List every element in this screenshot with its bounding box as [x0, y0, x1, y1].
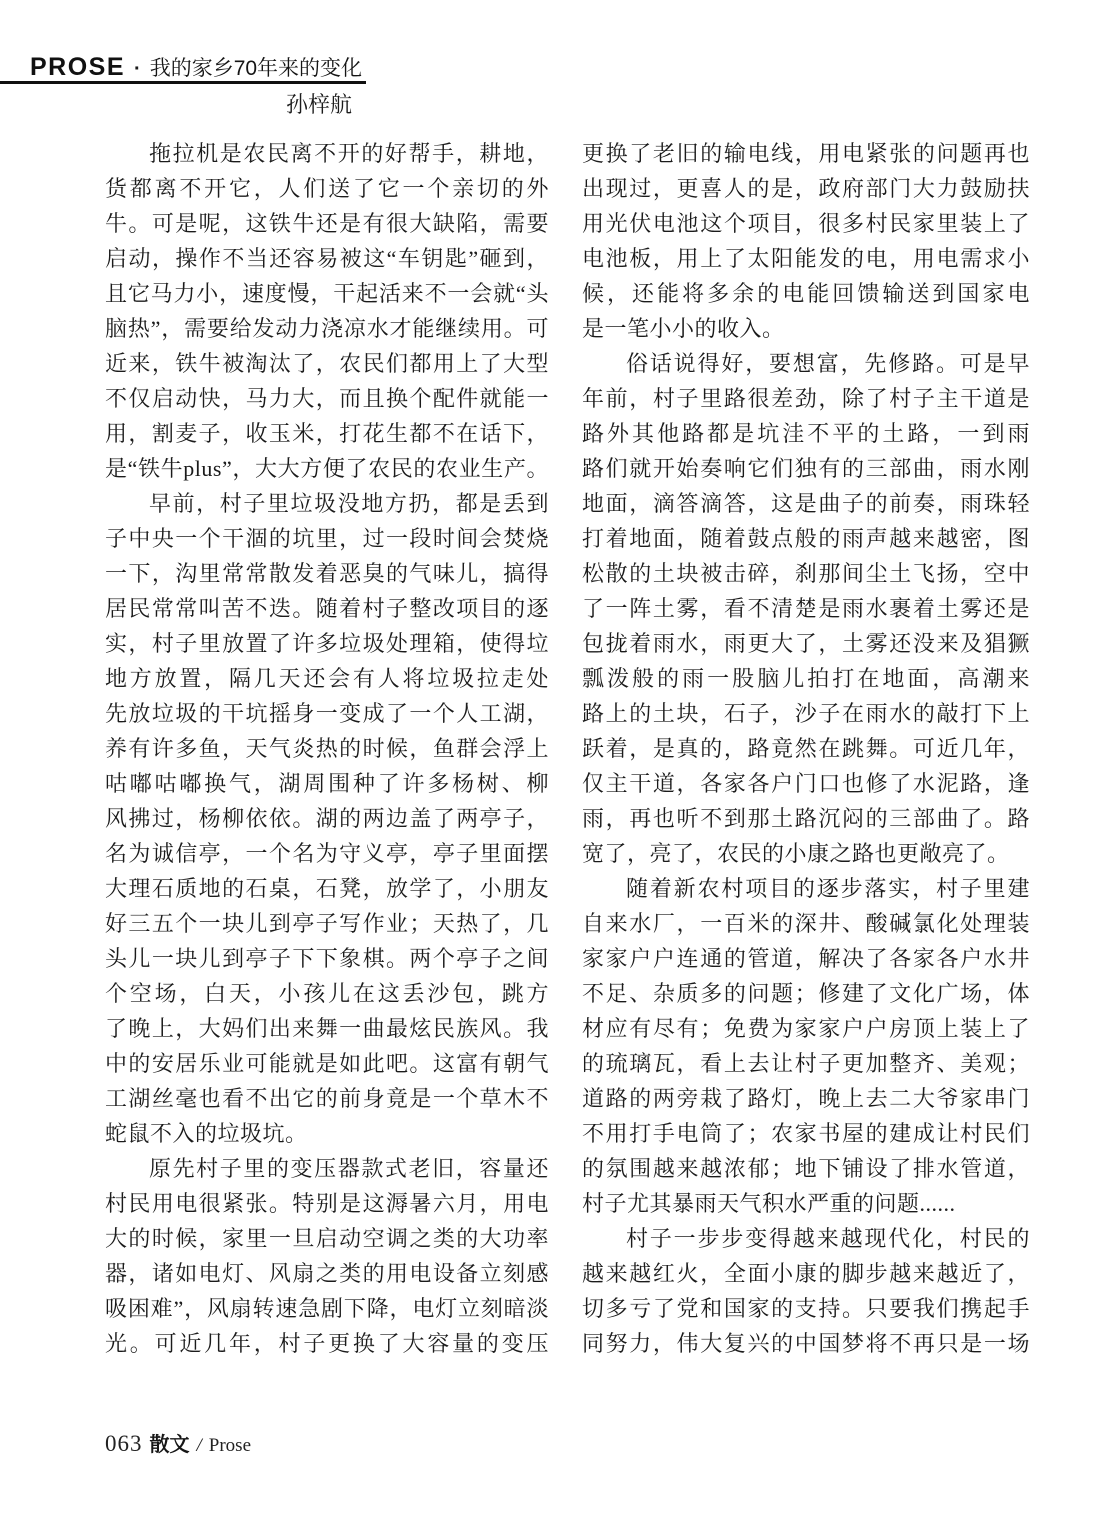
- text-line: 光。可近几年，村子更换了大容量的变压器，还: [105, 1326, 549, 1361]
- text-line: 实，村子里放置了许多垃圾处理箱，使得垃圾有: [105, 626, 549, 661]
- text-line: 启动，操作不当还容易被这“车钥匙”砸到，而: [105, 241, 549, 276]
- journal-name: PROSE: [30, 53, 125, 82]
- text-line: 头儿一块儿到亭子下下象棋。两个亭子之间还有: [105, 941, 549, 976]
- text-line: 子中央一个干涸的坑里，过一段时间会焚烧处理: [105, 521, 549, 556]
- column-left: 拖拉机是农民离不开的好帮手，耕地，拉货都离不开它，人们送了它一个亲切的外号：铁牛…: [105, 136, 549, 1361]
- text-line: 村子尤其暴雨天气积水严重的问题......: [582, 1186, 1030, 1221]
- text-line: 不足、杂质多的问题；修建了文化广场，体育器: [582, 976, 1030, 1011]
- header-rule: [0, 81, 366, 84]
- text-line: 用光伏电池这个项目，很多村民家里装上了光伏: [582, 206, 1030, 241]
- header-title-row: PROSE · 我的家乡70年来的变化: [30, 52, 362, 82]
- text-line: 的氛围越来越浓郁；地下铺设了排水管道，解决: [582, 1151, 1030, 1186]
- text-line: 货都离不开它，人们送了它一个亲切的外号：铁: [105, 171, 549, 206]
- text-line: 的琉璃瓦，看上去让村子更加整齐、美观；主干: [582, 1046, 1030, 1081]
- text-line: 早前，村子里垃圾没地方扔，都是丢到村: [105, 486, 549, 521]
- footer-separator: /: [197, 1435, 202, 1457]
- text-line: 不仅启动快，马力大，而且换个配件就能一机多: [105, 381, 549, 416]
- magazine-page: PROSE · 我的家乡70年来的变化 孙梓航 拖拉机是农民离不开的好帮手，耕地…: [0, 0, 1116, 1515]
- text-line: 咕嘟咕嘟换气，湖周围种了许多杨树、柳树，轻: [105, 766, 549, 801]
- text-line: 是“铁牛plus”，大大方便了农民的农业生产。: [105, 451, 549, 486]
- text-line: 路们就开始奏响它们独有的三部曲，雨水刚落到: [582, 451, 1030, 486]
- text-line: 了晚上，大妈们出来舞一曲最炫民族风。我们眼: [105, 1011, 549, 1046]
- text-line: 村民用电很紧张。特别是这溽暑六月，用电需求: [105, 1186, 549, 1221]
- text-line: 地面，滴答滴答，这是曲子的前奏，雨珠轻柔敲: [582, 486, 1030, 521]
- text-line: 道路的两旁栽了路灯，晚上去二大爷家串门再也: [582, 1081, 1030, 1116]
- text-line: 了一阵土雾，看不清楚是雨水裹着土雾还是土雾: [582, 591, 1030, 626]
- text-line: 电池板，用上了太阳能发的电，用电需求小的时: [582, 241, 1030, 276]
- text-line: 牛。可是呢，这铁牛还是有很大缺陷，需要手摇: [105, 206, 549, 241]
- text-line: 随着新农村项目的逐步落实，村子里建了: [582, 871, 1030, 906]
- text-line: 大的时候，家里一旦启动空调之类的大功率电: [105, 1221, 549, 1256]
- text-line: 近来，铁牛被淘汰了，农民们都用上了大型农机，: [105, 346, 549, 381]
- page-number: 063: [105, 1431, 143, 1457]
- text-line: 养有许多鱼，天气炎热的时候，鱼群会浮上水面: [105, 731, 549, 766]
- text-line: 蛇鼠不入的垃圾坑。: [105, 1116, 549, 1151]
- text-line: 松散的土块被击碎，刹那间尘土飞扬，空中形成: [582, 556, 1030, 591]
- text-line: 且它马力小，速度慢，干起活来不一会就“头疼: [105, 276, 549, 311]
- text-line: 路外其他路都是坑洼不平的土路，一到雨天，土: [582, 416, 1030, 451]
- text-line: 同努力，伟大复兴的中国梦将不再只是一场梦。: [582, 1326, 1030, 1361]
- article-body: 拖拉机是农民离不开的好帮手，耕地，拉货都离不开它，人们送了它一个亲切的外号：铁牛…: [105, 136, 1030, 1361]
- text-line: 年前，村子里路很差劲，除了村子主干道是水泥: [582, 381, 1030, 416]
- text-line: 是一笔小小的收入。: [582, 311, 1030, 346]
- text-line: 俗话说得好，要想富，先修路。可是早些: [582, 346, 1030, 381]
- text-line: 好三五个一块儿到亭子写作业；天热了，几个老: [105, 906, 549, 941]
- text-line: 吸困难”，风扇转速急剧下降，电灯立刻暗淡无: [105, 1291, 549, 1326]
- text-line: 宽了，亮了，农民的小康之路也更敞亮了。: [582, 836, 1030, 871]
- text-line: 家家户户连通的管道，解决了各家各户水井出水: [582, 941, 1030, 976]
- text-line: 候，还能将多余的电能回馈输送到国家电网，又: [582, 276, 1030, 311]
- text-line: 包拢着雨水，雨更大了，土雾还没来及猖獗就被: [582, 626, 1030, 661]
- header-dot-separator: ·: [134, 58, 141, 81]
- text-line: 中的安居乐业可能就是如此吧。这富有朝气的人: [105, 1046, 549, 1081]
- text-line: 居民常常叫苦不迭。随着村子整改项目的逐步落: [105, 591, 549, 626]
- text-line: 一下，沟里常常散发着恶臭的气味儿，搞得附近: [105, 556, 549, 591]
- text-line: 拖拉机是农民离不开的好帮手，耕地，拉: [105, 136, 549, 171]
- text-line: 个空场，白天，小孩儿在这丢沙包，跳方格，到: [105, 976, 549, 1011]
- section-name-en: Prose: [209, 1435, 251, 1457]
- text-line: 村子一步步变得越来越现代化，村民的生活: [582, 1221, 1030, 1256]
- issue-title: 我的家乡70年来的变化: [150, 52, 362, 82]
- text-line: 瓢泼般的雨一股脑儿拍打在地面，高潮来了，土: [582, 661, 1030, 696]
- column-right: 更换了老旧的输电线，用电紧张的问题再也没有出现过，更喜人的是，政府部门大力鼓励扶…: [582, 136, 1030, 1361]
- text-line: 自来水厂，一百米的深井、酸碱氯化处理装置、: [582, 906, 1030, 941]
- text-line: 器，诸如电灯、风扇之类的用电设备立刻感到“呼: [105, 1256, 549, 1291]
- text-line: 雨，再也听不到那土路沉闷的三部曲了。路修的: [582, 801, 1030, 836]
- page-footer: 063 散文 / Prose: [105, 1428, 251, 1457]
- text-line: 大理石质地的石桌，石凳，放学了，小朋友们约: [105, 871, 549, 906]
- text-line: 脑热”，需要给发动力浇凉水才能继续用。可是: [105, 311, 549, 346]
- text-line: 工湖丝毫也看不出它的前身竟是一个草木不生，: [105, 1081, 549, 1116]
- text-line: 切多亏了党和国家的支持。只要我们携起手来共: [582, 1291, 1030, 1326]
- text-line: 风拂过，杨柳依依。湖的两边盖了两亭子，一个: [105, 801, 549, 836]
- author-name: 孙梓航: [0, 88, 352, 119]
- text-line: 地方放置，隔几天还会有人将垃圾拉走处理，原: [105, 661, 549, 696]
- text-line: 先放垃圾的干坑摇身一变成了一个人工湖，湖里: [105, 696, 549, 731]
- text-line: 原先村子里的变压器款式老旧，容量还小，: [105, 1151, 549, 1186]
- section-name-cn: 散文: [150, 1428, 190, 1457]
- text-line: 路上的土块，石子，沙子在雨水的敲打下上下跳: [582, 696, 1030, 731]
- text-line: 跃着，是真的，路竟然在跳舞。可近几年，不: [582, 731, 1030, 766]
- text-line: 用，割麦子，收玉米，打花生都不在话下，简直: [105, 416, 549, 451]
- text-line: 越来越红火，全面小康的脚步越来越近了，这一: [582, 1256, 1030, 1291]
- text-line: 名为诚信亭，一个名为守义亭，亭子里面摆放有: [105, 836, 549, 871]
- text-line: 打着地面，随着鼓点般的雨声越来越密，图路上: [582, 521, 1030, 556]
- text-line: 出现过，更喜人的是，政府部门大力鼓励扶持家: [582, 171, 1030, 206]
- text-line: 更换了老旧的输电线，用电紧张的问题再也没有: [582, 136, 1030, 171]
- text-line: 仅主干道，各家各户门口也修了水泥路，逢下暴: [582, 766, 1030, 801]
- text-line: 不用打手电筒了；农家书屋的建成让村民们学习: [582, 1116, 1030, 1151]
- text-line: 材应有尽有；免费为家家户户房顶上装上了红色: [582, 1011, 1030, 1046]
